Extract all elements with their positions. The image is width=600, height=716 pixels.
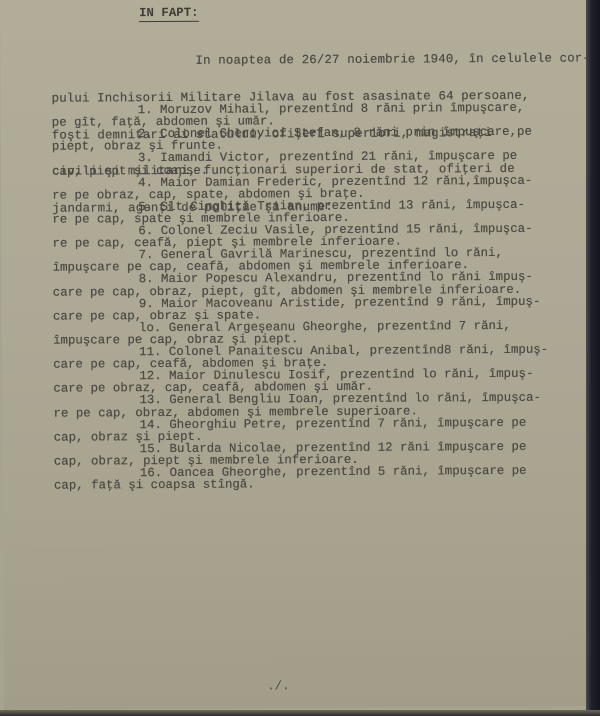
- section-heading: IN FAPT:: [139, 6, 199, 22]
- item-text: Iamandi Victor, prezentînd 21 răni, împu…: [160, 149, 517, 165]
- item-continuation-line: cap, faţă şi coapsa stîngă.: [54, 477, 527, 492]
- intro-line: In noaptea de 26/27 noiembrie 1940, în c…: [51, 53, 590, 68]
- dark-background-edge: [586, 0, 600, 716]
- closing-mark: ./.: [267, 679, 289, 693]
- list-item: 16. Oancea Gheorghe, prezentînd 5 răni, …: [54, 465, 527, 492]
- document-page: IN FAPT: In noaptea de 26/27 noiembrie 1…: [0, 0, 590, 710]
- item-first-line: 9. Maior Macoveanu Aristide, prezentînd …: [53, 295, 541, 310]
- dark-bottom-edge: [0, 710, 600, 716]
- item-text: Gheorghiu Petre, prezentînd 7 răni, împu…: [169, 415, 526, 431]
- item-first-line: 3. Iamandi Victor, prezentînd 21 răni, î…: [52, 150, 517, 165]
- item-first-line: 14. Gheorghiu Petre, prezentînd 7 răni, …: [54, 416, 527, 431]
